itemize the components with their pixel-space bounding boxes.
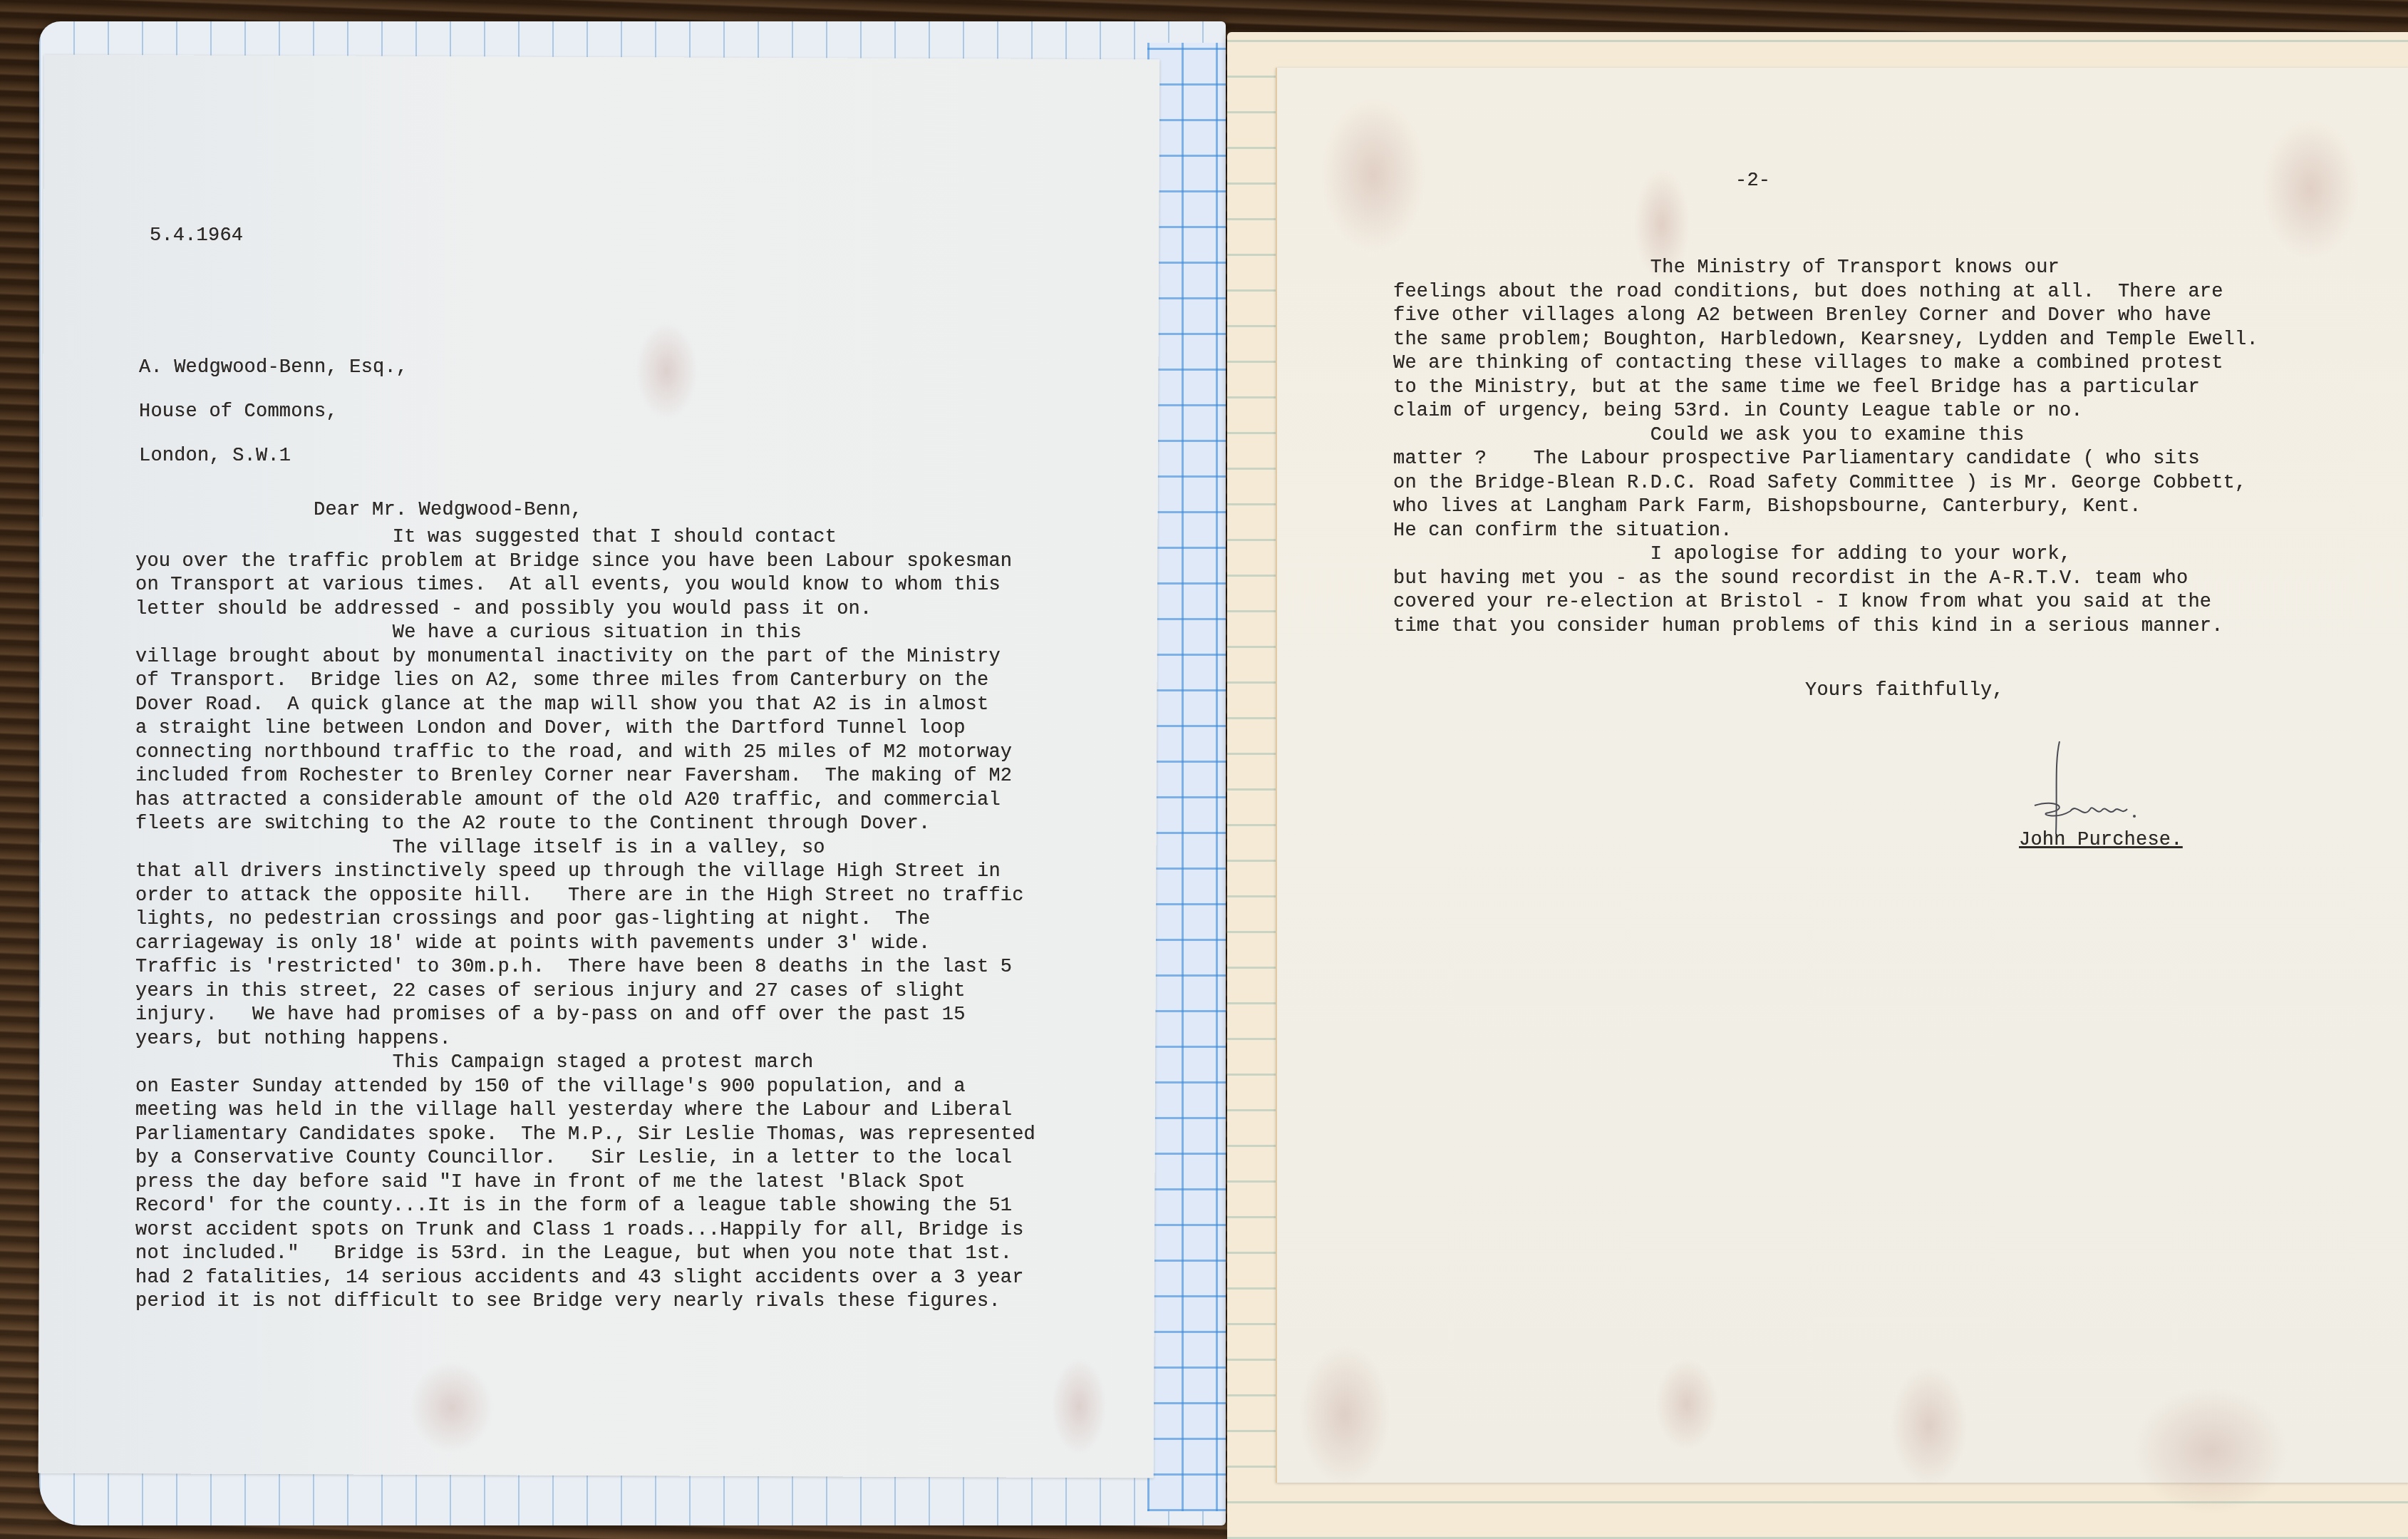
typed-line: connecting northbound traffic to the roa… xyxy=(135,741,1012,765)
typed-line: Record' for the county...It is in the fo… xyxy=(135,1195,1012,1218)
scrapbook-grid-margin xyxy=(1147,43,1226,1511)
stain xyxy=(2132,1386,2289,1515)
typed-line: He can confirm the situation. xyxy=(1393,520,1732,543)
typed-line: by a Conservative County Councillor. Sir… xyxy=(135,1147,1012,1170)
typed-line: The village itself is in a valley, so xyxy=(135,837,825,860)
typed-line: feelings about the road conditions, but … xyxy=(1393,281,2223,304)
letter-date: 5.4.1964 xyxy=(150,225,243,248)
typed-line: the same problem; Boughton, Harbledown, … xyxy=(1393,329,2258,352)
typed-line: has attracted a considerable amount of t… xyxy=(135,789,1001,813)
typed-line: worst accident spots on Trunk and Class … xyxy=(135,1219,1024,1242)
typed-line: on the Bridge-Blean R.D.C. Road Safety C… xyxy=(1393,472,2246,495)
signature-name: John Purchese. xyxy=(2019,829,2183,853)
typed-line: years, but nothing happens. xyxy=(135,1028,451,1051)
typed-line: It was suggested that I should contact xyxy=(135,526,837,550)
typed-line: Could we ask you to examine this xyxy=(1393,424,2025,448)
typed-line: period it is not difficult to see Bridge… xyxy=(135,1290,1001,1314)
typed-line: on Easter Sunday attended by 150 of the … xyxy=(135,1076,966,1099)
typed-line: on Transport at various times. At all ev… xyxy=(135,574,1001,597)
typed-line: The Ministry of Transport knows our xyxy=(1393,257,2060,280)
closing: Yours faithfully, xyxy=(1805,679,2004,703)
typed-line: a straight line between London and Dover… xyxy=(135,717,966,741)
address-line: London, S.W.1 xyxy=(139,434,408,478)
stain xyxy=(1050,1357,1108,1456)
typed-line: meeting was held in the village hall yes… xyxy=(135,1099,1012,1123)
typed-line: lights, no pedestrian crossings and poor… xyxy=(135,908,930,932)
typed-line: village brought about by monumental inac… xyxy=(135,646,1001,669)
typed-line: that all drivers instinctively speed up … xyxy=(135,860,1001,884)
stain xyxy=(1890,1365,1968,1486)
typed-line: I apologise for adding to your work, xyxy=(1393,543,2071,567)
typed-line: injury. We have had promises of a by-pas… xyxy=(135,1004,966,1027)
typed-line: This Campaign staged a protest march xyxy=(135,1051,813,1075)
typed-line: fleets are switching to the A2 route to … xyxy=(135,813,930,836)
typed-line: who lives at Langham Park Farm, Bishopsb… xyxy=(1393,495,2141,519)
typed-line: Traffic is 'restricted' to 30m.p.h. Ther… xyxy=(135,956,1012,979)
typed-line: Parliamentary Candidates spoke. The M.P.… xyxy=(135,1123,1035,1147)
typed-line: five other villages along A2 between Bre… xyxy=(1393,304,2211,328)
typed-line: you over the traffic problem at Bridge s… xyxy=(135,550,1012,574)
address-line: A. Wedgwood-Benn, Esq., xyxy=(139,346,408,390)
typed-line: not included." Bridge is 53rd. in the Le… xyxy=(135,1242,1012,1266)
address-line: House of Commons, xyxy=(139,390,408,434)
typed-line: We have a curious situation in this xyxy=(135,622,802,645)
typed-line: claim of urgency, being 53rd. in County … xyxy=(1393,400,2083,423)
typed-line: letter should be addressed - and possibl… xyxy=(135,598,872,622)
typed-line: Dover Road. A quick glance at the map wi… xyxy=(135,694,988,717)
typed-line: carriageway is only 18' wide at points w… xyxy=(135,932,930,956)
recipient-address: A. Wedgwood-Benn, Esq., House of Commons… xyxy=(139,346,408,478)
stain xyxy=(409,1361,495,1454)
handwritten-signature xyxy=(2006,741,2191,834)
typed-line: had 2 fatalities, 14 serious accidents a… xyxy=(135,1267,1024,1290)
typed-line: to the Ministry, but at the same time we… xyxy=(1393,376,2200,400)
typed-line: time that you consider human problems of… xyxy=(1393,615,2223,639)
typed-line: but having met you - as the sound record… xyxy=(1393,567,2188,591)
salutation: Dear Mr. Wedgwood-Benn, xyxy=(314,499,582,523)
typed-line: years in this street, 22 cases of seriou… xyxy=(135,980,966,1004)
typed-line: press the day before said "I have in fro… xyxy=(135,1171,966,1195)
stain xyxy=(1320,96,1427,253)
typed-line: of Transport. Bridge lies on A2, some th… xyxy=(135,669,988,693)
stain xyxy=(1298,1344,1391,1486)
stain xyxy=(2260,118,2360,260)
typed-line: covered your re-election at Bristol - I … xyxy=(1393,591,2211,614)
stain xyxy=(634,321,699,421)
typed-line: included from Rochester to Brenley Corne… xyxy=(135,765,1012,788)
page-number: -2- xyxy=(1735,170,1770,193)
stain xyxy=(1655,1358,1719,1451)
typed-line: order to attack the opposite hill. There… xyxy=(135,885,1024,908)
typed-line: matter ? The Labour prospective Parliame… xyxy=(1393,448,2200,471)
typed-line: We are thinking of contacting these vill… xyxy=(1393,352,2223,376)
